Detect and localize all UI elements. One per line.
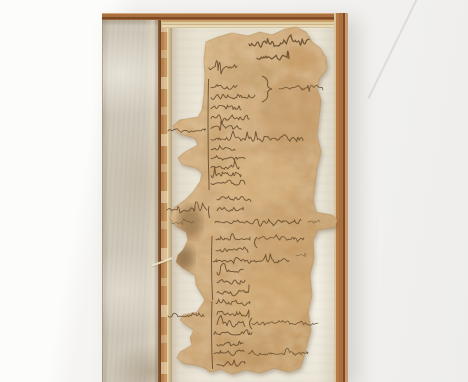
background-crease — [368, 0, 419, 99]
book-right-board-edge — [334, 13, 348, 382]
left-parchment-page — [102, 20, 159, 382]
stacked-page-edges — [162, 20, 334, 28]
right-mount-page — [172, 20, 334, 382]
open-book — [102, 13, 348, 382]
photo-background — [0, 0, 468, 382]
book-gutter-spine — [158, 20, 172, 382]
book-top-board-edge — [102, 13, 348, 20]
